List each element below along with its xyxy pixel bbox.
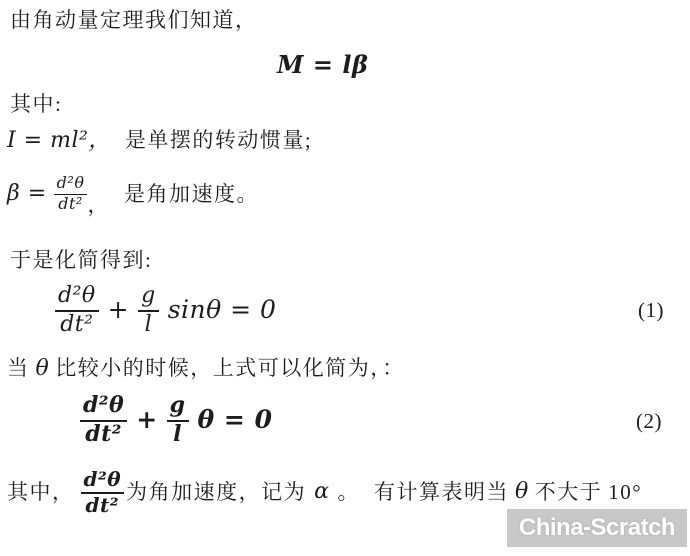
small-angle-pre: 当 <box>7 356 30 380</box>
beta-comma: ， <box>87 193 110 217</box>
beta-fraction: d²θ dt² <box>54 175 88 213</box>
beta-line: β = d²θ dt² ， 是角加速度。 <box>7 170 259 218</box>
fraction-denominator: l <box>145 312 153 336</box>
fraction-denominator: dt² <box>58 195 83 213</box>
eq2-fraction-2: g l <box>167 394 189 445</box>
small-angle-post: 比较小的时候，上式可以化简为，： <box>55 356 405 380</box>
equation-1-number: (1) <box>638 298 664 322</box>
beta-description: 是角加速度。 <box>124 182 259 206</box>
inertia-line: I = ml²，是单摆的转动惯量; <box>7 128 312 153</box>
degree-value: 10° <box>608 480 642 504</box>
document-page: 由角动量定理我们知道， M = lβ 其中: I = ml²，是单摆的转动惯量;… <box>0 0 690 556</box>
fraction-numerator: d²θ <box>80 394 127 421</box>
intro-line: 由角动量定理我们知道， <box>10 8 258 32</box>
eq2-tail: θ = 0 <box>198 406 273 435</box>
theta-symbol: θ <box>36 356 50 381</box>
fraction-numerator: d²θ <box>81 469 125 494</box>
closing-mid: 为角加速度，记为 <box>126 480 306 504</box>
angular-momentum-formula: M = lβ <box>277 51 368 79</box>
equation-2-number: (2) <box>636 409 662 433</box>
alpha-symbol: α <box>314 479 329 504</box>
among-label: 其中: <box>10 92 62 116</box>
inertia-formula: I = ml²， <box>7 128 111 153</box>
small-angle-line: 当θ比较小的时候，上式可以化简为，： <box>7 356 405 381</box>
eq2-fraction-1: d²θ dt² <box>80 394 127 445</box>
fraction-denominator: l <box>173 422 182 446</box>
fraction-denominator: dt² <box>86 494 119 516</box>
equation-2: d²θ dt² + g l θ = 0 <box>80 392 272 448</box>
inertia-description: 是单摆的转动惯量; <box>125 128 312 152</box>
eq1-fraction-1: d²θ dt² <box>55 284 99 335</box>
fraction-denominator: dt² <box>60 312 93 336</box>
beta-lhs: β = <box>7 181 47 206</box>
plus-operator: + <box>108 296 129 325</box>
fraction-numerator: d²θ <box>54 175 88 195</box>
plus-operator: + <box>136 406 157 435</box>
closing-period: 。 <box>337 480 360 504</box>
fraction-numerator: g <box>138 284 159 311</box>
simplify-label: 于是化简得到: <box>10 248 152 272</box>
eq1-tail: sinθ = 0 <box>168 296 277 325</box>
eq1-fraction-2: g l <box>138 284 159 335</box>
closing-fraction: d²θ dt² <box>81 469 125 516</box>
closing-pre: 其中， <box>7 480 75 504</box>
fraction-denominator: dt² <box>85 422 122 446</box>
closing-rest: 有计算表明当 <box>374 480 509 504</box>
fraction-numerator: d²θ <box>55 284 99 311</box>
fraction-numerator: g <box>167 394 189 421</box>
watermark-box: China-Scratch <box>507 509 687 547</box>
closing-rest2: 不大于 <box>535 480 603 504</box>
equation-1: d²θ dt² + g l sinθ = 0 <box>55 282 276 338</box>
watermark-label: China-Scratch <box>519 514 675 542</box>
theta-symbol: θ <box>515 479 529 504</box>
